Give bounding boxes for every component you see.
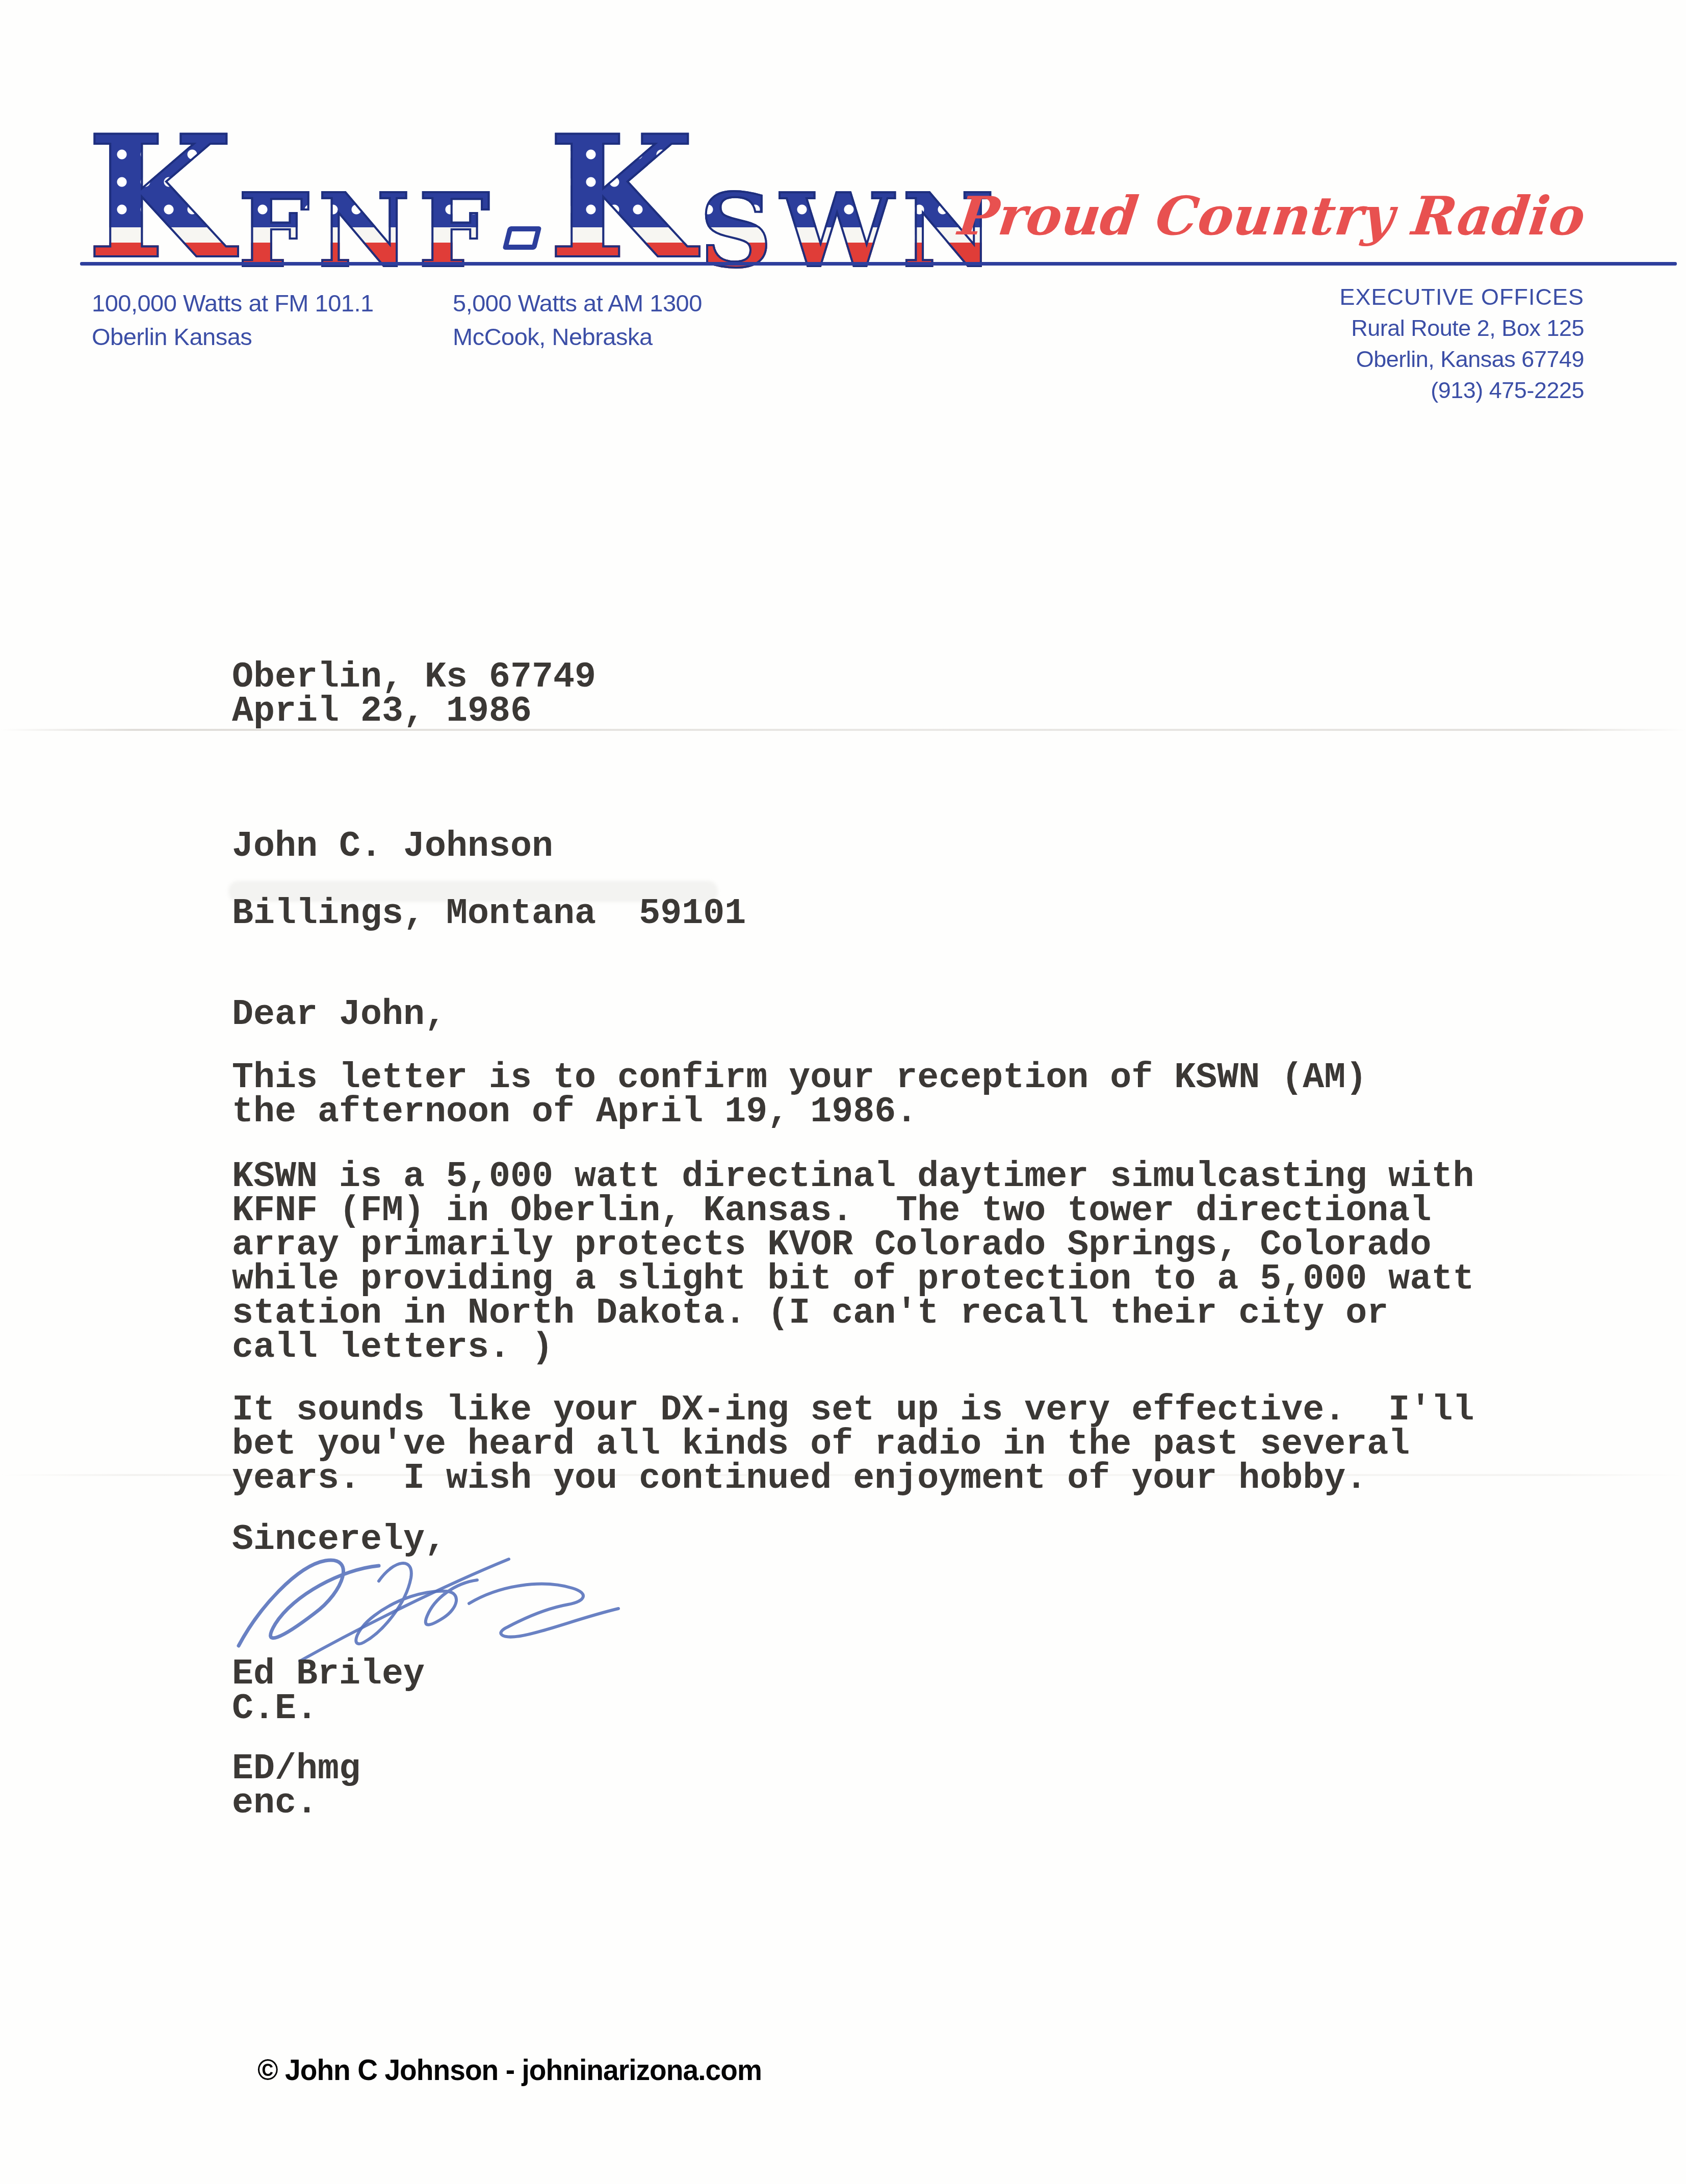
paragraph-2: KSWN is a 5,000 watt directinal daytimer… — [232, 1160, 1474, 1365]
am-city-line: McCook, Nebraska — [453, 320, 702, 354]
am-watts-line: 5,000 Watts at AM 1300 — [453, 286, 702, 320]
exec-phone-line: (913) 475-2225 — [1339, 375, 1584, 406]
origin-date-block: Oberlin, Ks 67749 April 23, 1986 — [232, 661, 596, 729]
copyright-watermark: © John C Johnson - johninarizona.com — [257, 2053, 762, 2087]
logo-letter-k1: K — [87, 113, 233, 281]
paragraph-1: This letter is to confirm your reception… — [232, 1061, 1367, 1129]
station-logo: KFNFKSWN — [87, 113, 1005, 281]
signer-title: C.E. — [232, 1692, 318, 1726]
exec-address-line: Rural Route 2, Box 125 — [1339, 312, 1584, 344]
logo-hyphen-icon — [502, 226, 541, 250]
station-info-am: 5,000 Watts at AM 1300 McCook, Nebraska — [453, 286, 702, 354]
logo-letters-fnf: FNF — [238, 180, 498, 281]
exec-city-line: Oberlin, Kansas 67749 — [1339, 344, 1584, 375]
signer-name: Ed Briley — [232, 1657, 425, 1692]
letter-scan-page: KFNFKSWN Proud Country Radio 100,000 Wat… — [0, 0, 1686, 2184]
logo-letter-k2: K — [548, 113, 694, 281]
salutation: Dear John, — [232, 998, 446, 1032]
reference-initials-block: ED/hmg enc. — [232, 1752, 360, 1821]
exec-offices-title: EXECUTIVE OFFICES — [1339, 281, 1584, 312]
fm-watts-line: 100,000 Watts at FM 101.1 — [92, 286, 374, 320]
recipient-city: Billings, Montana 59101 — [232, 897, 746, 931]
paragraph-3: It sounds like your DX-ing set up is ver… — [232, 1393, 1474, 1496]
recipient-name: John C. Johnson — [232, 830, 553, 864]
tagline-proud-country-radio: Proud Country Radio — [955, 185, 1589, 247]
station-info-fm: 100,000 Watts at FM 101.1 Oberlin Kansas — [92, 286, 374, 354]
signature-scribble — [223, 1541, 636, 1674]
executive-offices-block: EXECUTIVE OFFICES Rural Route 2, Box 125… — [1339, 281, 1584, 406]
fm-city-line: Oberlin Kansas — [92, 320, 374, 354]
header-rule — [80, 262, 1677, 266]
